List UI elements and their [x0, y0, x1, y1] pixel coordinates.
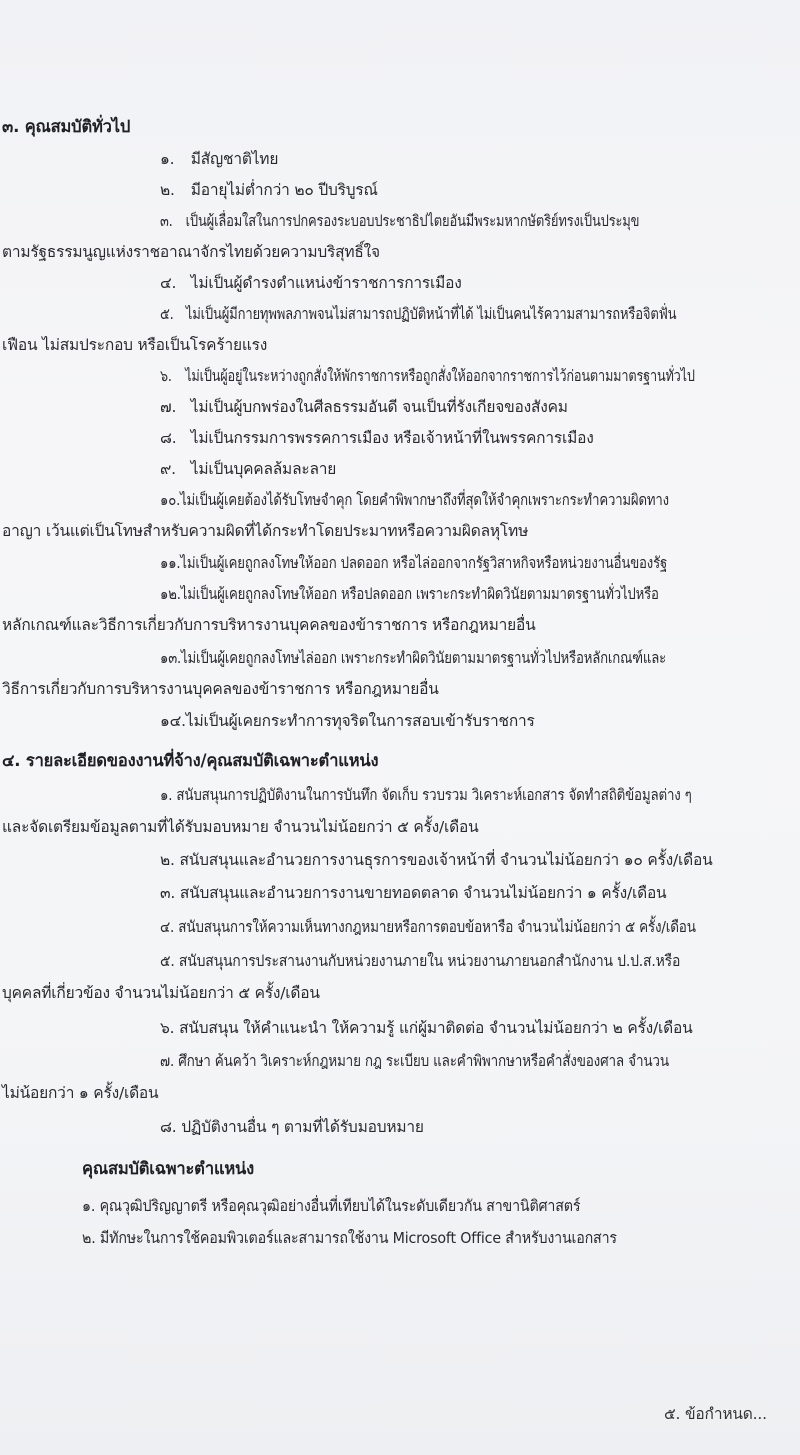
item-number: ๖. [160, 365, 181, 387]
section-3-item-12: ๑๒.ไม่เป็นผู้เคยถูกลงโทษให้ออก หรือปลดออ… [160, 583, 659, 605]
item-number: ๖. [160, 1019, 174, 1037]
section-3-item-7: ๗. ไม่เป็นผู้บกพร่องในศีลธรรมอันดี จนเป็… [160, 396, 568, 418]
section-3-item-13: ๑๓.ไม่เป็นผู้เคยถูกลงโทษไล่ออก เพราะกระท… [160, 647, 666, 669]
item-text: ไม่เป็นผู้บกพร่องในศีลธรรมอันดี จนเป็นที… [191, 398, 568, 416]
section-4-item-3: ๓. สนับสนุนและอำนวยการงานขายทอดตลาด จำนว… [160, 882, 666, 904]
item-text: ปฏิบัติงานอื่น ๆ ตามที่ได้รับมอบหมาย [181, 1118, 424, 1136]
item-text: ไม่เป็นผู้ดำรงตำแหน่งข้าราชการการเมือง [191, 274, 462, 292]
section-4-item-1: ๑. สนับสนุนการปฏิบัติงานในการบันทึก จัดเ… [160, 784, 692, 806]
item-number: ๒. [160, 851, 175, 869]
item-number: ๑๒. [160, 585, 181, 603]
section-3-item-4: ๔. ไม่เป็นผู้ดำรงตำแหน่งข้าราชการการเมือ… [160, 272, 462, 294]
section-4-item-4: ๔. สนับสนุนการให้ความเห็นทางกฎหมายหรือกา… [160, 916, 696, 938]
item-number: ๒. [82, 1229, 96, 1247]
section-4-item-7: ๗. ศึกษา ค้นคว้า วิเคราะห์กฎหมาย กฎ ระเบ… [160, 1050, 669, 1072]
section-3-heading: ๓. คุณสมบัติทั่วไป [2, 116, 130, 138]
item-number: ๓. [160, 884, 175, 902]
scanned-document-page: ๓. คุณสมบัติทั่วไป ๑. มีสัญชาติไทย ๒. มี… [0, 0, 800, 1455]
section-3-item-10: ๑๐.ไม่เป็นผู้เคยต้องได้รับโทษจำคุก โดยคำ… [160, 489, 669, 511]
section-3-item-9: ๙. ไม่เป็นบุคคลล้มละลาย [160, 458, 336, 480]
section-4-item-5: ๕. สนับสนุนการประสานงานกับหน่วยงานภายใน … [160, 950, 680, 972]
item-number: ๘. [160, 427, 186, 449]
item-number: ๑. [82, 1197, 95, 1215]
item-text: สนับสนุนการประสานงานกับหน่วยงานภายใน หน่… [179, 952, 680, 970]
section-4-item-7-continuation: ไม่น้อยกว่า ๑ ครั้ง/เดือน [2, 1082, 158, 1104]
item-text: ไม่เป็นผู้เคยต้องได้รับโทษจำคุก โดยคำพิพ… [180, 491, 669, 509]
section-3-item-13-continuation: วิธีการเกี่ยวกับการบริหารงานบุคคลของข้าร… [2, 678, 439, 700]
section-3-item-12-continuation: หลักเกณฑ์และวิธีการเกี่ยวกับการบริหารงาน… [2, 614, 536, 636]
section-3-item-14: ๑๔.ไม่เป็นผู้เคยกระทำการทุจริตในการสอบเข… [160, 710, 535, 732]
item-text: สนับสนุนการให้ความเห็นทางกฎหมายหรือการตอ… [178, 918, 696, 936]
item-text: ไม่เป็นผู้เคยถูกลงโทษให้ออก หรือปลดออก เ… [181, 585, 659, 603]
item-number: ๔. [160, 918, 174, 936]
section-3-item-6: ๖. ไม่เป็นผู้อยู่ในระหว่างถูกสั่งให้พักร… [160, 365, 695, 387]
item-text: สนับสนุนการปฏิบัติงานในการบันทึก จัดเก็บ… [176, 786, 691, 804]
qualification-item-2: ๒. มีทักษะในการใช้คอมพิวเตอร์และสามารถใช… [82, 1227, 617, 1249]
item-number: ๘. [160, 1118, 177, 1136]
item-text: เป็นผู้เลื่อมใสในการปกครองระบอบประชาธิปไ… [186, 212, 640, 230]
qualifications-heading: คุณสมบัติเฉพาะตำแหน่ง [82, 1158, 254, 1180]
section-3-item-10-continuation: อาญา เว้นแต่เป็นโทษสำหรับความผิดที่ได้กร… [2, 520, 528, 542]
section-3-item-2: ๒. มีอายุไม่ต่ำกว่า ๒๐ ปีบริบูรณ์ [160, 179, 378, 201]
section-3-item-3: ๓. เป็นผู้เลื่อมใสในการปกครองระบอบประชาธ… [160, 210, 639, 232]
qualification-item-1: ๑. คุณวุฒิปริญญาตรี หรือคุณวุฒิอย่างอื่น… [82, 1195, 580, 1217]
item-number: ๕. [160, 303, 182, 325]
item-text: ไม่เป็นผู้เคยถูกลงโทษให้ออก ปลดออก หรือไ… [180, 554, 667, 572]
item-number: ๑๑. [160, 554, 180, 572]
item-number: ๙. [160, 458, 186, 480]
item-text: ไม่เป็นบุคคลล้มละลาย [191, 460, 336, 478]
item-text: คุณวุฒิปริญญาตรี หรือคุณวุฒิอย่างอื่นที่… [100, 1197, 581, 1215]
item-number: ๑. [160, 148, 186, 170]
section-3-item-1: ๑. มีสัญชาติไทย [160, 148, 278, 170]
item-text: สนับสนุนและอำนวยการงานขายทอดตลาด จำนวนไม… [180, 884, 667, 902]
item-text: มีสัญชาติไทย [191, 150, 278, 168]
section-3-item-3-continuation: ตามรัฐธรรมนูญแห่งราชอาณาจักรไทยด้วยความบ… [2, 241, 380, 263]
item-text: ไม่เป็นกรรมการพรรคการเมือง หรือเจ้าหน้าท… [191, 429, 594, 447]
item-number: ๑๓. [160, 649, 181, 667]
item-text: สนับสนุน ให้คำแนะนำ ให้ความรู้ แก่ผู้มาต… [179, 1019, 692, 1037]
item-number: ๗. [160, 396, 186, 418]
item-number: ๕. [160, 952, 175, 970]
item-text: ศึกษา ค้นคว้า วิเคราะห์กฎหมาย กฎ ระเบียบ… [178, 1052, 669, 1070]
section-4-heading: ๔. รายละเอียดของงานที่จ้าง/คุณสมบัติเฉพา… [2, 750, 378, 772]
page-continuation-note: ๕. ข้อกำหนด... [664, 1403, 767, 1425]
item-text: ไม่เป็นผู้อยู่ในระหว่างถูกสั่งให้พักราชก… [185, 367, 695, 385]
section-3-item-11: ๑๑.ไม่เป็นผู้เคยถูกลงโทษให้ออก ปลดออก หร… [160, 552, 667, 574]
section-4-item-1-continuation: และจัดเตรียมข้อมูลตามที่ได้รับมอบหมาย จำ… [2, 816, 479, 838]
section-4-item-5-continuation: บุคคลที่เกี่ยวข้อง จำนวนไม่น้อยกว่า ๕ คร… [2, 982, 320, 1004]
item-text: ไม่เป็นผู้เคยกระทำการทุจริตในการสอบเข้าร… [186, 712, 535, 730]
section-3-item-8: ๘. ไม่เป็นกรรมการพรรคการเมือง หรือเจ้าหน… [160, 427, 594, 449]
item-number: ๑. [160, 786, 172, 804]
item-text: สนับสนุนและอำนวยการงานธุรการของเจ้าหน้าท… [179, 851, 712, 869]
item-text: ไม่เป็นผู้มีกายทุพพลภาพจนไม่สามารถปฏิบัต… [186, 305, 677, 323]
item-text: ไม่เป็นผู้เคยถูกลงโทษไล่ออก เพราะกระทำผิ… [181, 649, 666, 667]
item-text: มีทักษะในการใช้คอมพิวเตอร์และสามารถใช้งา… [100, 1229, 617, 1247]
section-3-item-5-continuation: เฟือน ไม่สมประกอบ หรือเป็นโรคร้ายแรง [2, 334, 267, 356]
item-number: ๗. [160, 1052, 174, 1070]
item-text: มีอายุไม่ต่ำกว่า ๒๐ ปีบริบูรณ์ [191, 181, 378, 199]
item-number: ๔. [160, 272, 186, 294]
item-number: ๑๐. [160, 491, 180, 509]
section-4-item-6: ๖. สนับสนุน ให้คำแนะนำ ให้ความรู้ แก่ผู้… [160, 1017, 693, 1039]
section-4-item-8: ๘. ปฏิบัติงานอื่น ๆ ตามที่ได้รับมอบหมาย [160, 1116, 424, 1138]
section-4-item-2: ๒. สนับสนุนและอำนวยการงานธุรการของเจ้าหน… [160, 849, 713, 871]
item-number: ๒. [160, 179, 186, 201]
section-3-item-5: ๕. ไม่เป็นผู้มีกายทุพพลภาพจนไม่สามารถปฏิ… [160, 303, 676, 325]
item-number: ๑๔. [160, 712, 186, 730]
item-number: ๓. [160, 210, 182, 232]
